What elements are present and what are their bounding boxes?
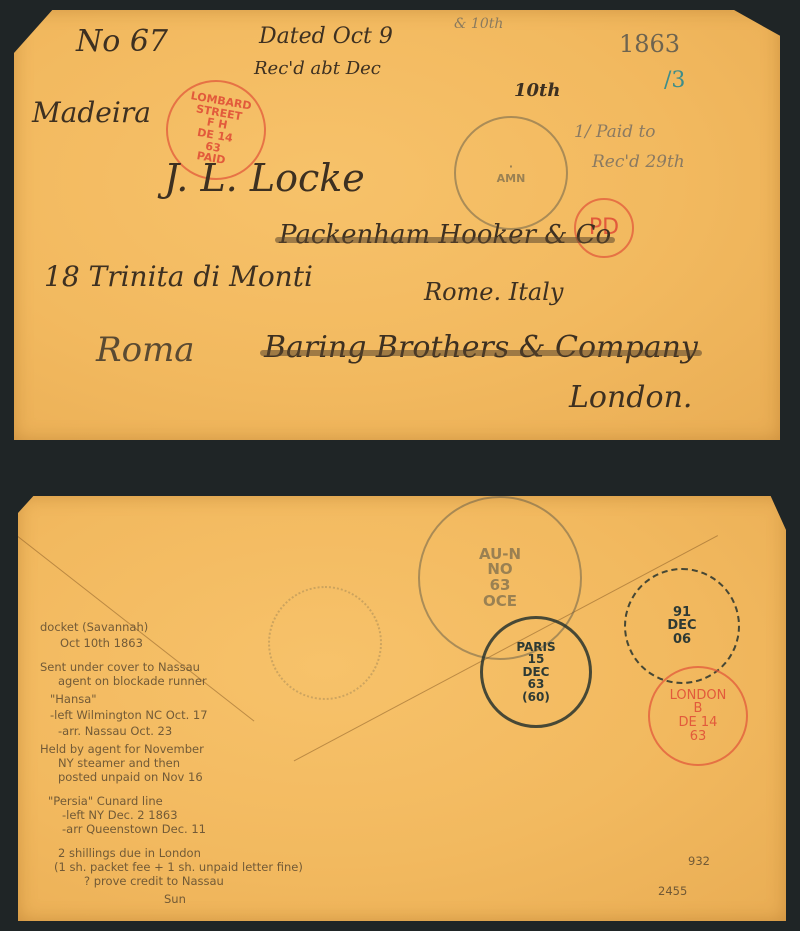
pencil-note-line: Held by agent for November: [40, 744, 204, 756]
street-address: 18 Trinita di Monti: [44, 260, 313, 293]
postmark-text: 15: [528, 653, 545, 666]
london-destination: London.: [569, 380, 692, 415]
pencil-note-line: 2 shillings due in London: [58, 848, 201, 860]
blue-crayon-mark: /3: [664, 68, 685, 93]
received-day: 10th: [514, 80, 560, 101]
crossed-out-firm: Packenham Hooker & Co: [279, 220, 611, 250]
year-pencil: 1863: [619, 30, 680, 58]
inventory-number: 2455: [658, 886, 687, 898]
postmark-text: 63: [528, 678, 545, 691]
pencil-note-line: NY steamer and then: [58, 758, 180, 770]
pencil-note-line: docket (Savannah): [40, 622, 148, 634]
pencil-note-line: -left Wilmington NC Oct. 17: [50, 710, 208, 722]
pencil-note-line: posted unpaid on Nov 16: [58, 772, 203, 784]
postmark-text: DE 14: [679, 716, 718, 730]
pencil-note-2: Rec'd 29th: [592, 152, 685, 172]
postmark-text: LONDON: [670, 689, 727, 703]
smudged-postmark: [268, 586, 382, 700]
pencil-note-line: agent on blockade runner: [58, 676, 207, 688]
postmark-text: 91: [673, 606, 691, 620]
postmark-text: 63: [690, 730, 707, 744]
postmark-text: DEC: [667, 619, 696, 633]
dated-line: Dated Oct 9: [259, 24, 393, 49]
pencil-note-line: Sun: [164, 894, 186, 906]
postmark-text: OCE: [483, 594, 517, 610]
postmark-text: AMN: [497, 173, 526, 185]
crossed-out-bank: Baring Brothers & Company: [264, 330, 698, 365]
envelope-back: AU-N NO 63 OCE PARIS 15 DEC 63 (60) 91 D…: [18, 496, 786, 921]
london-postmark: LONDON B DE 14 63: [648, 666, 748, 766]
pencil-note-line: "Hansa": [50, 694, 97, 706]
envelope-front: No 67 Dated Oct 9 & 10th Rec'd abt Dec 1…: [14, 10, 780, 440]
pencil-note-line: -arr Queenstown Dec. 11: [62, 824, 206, 836]
inventory-number: 932: [688, 856, 710, 868]
pencil-note-line: Oct 10th 1863: [60, 638, 143, 650]
addressee-name: J. L. Locke: [164, 156, 365, 200]
transit-postmark: · AMN: [454, 116, 568, 230]
received-line: Rec'd abt Dec: [254, 58, 381, 79]
postmark-text: 06: [673, 633, 691, 647]
pencil-note-line: "Persia" Cunard line: [48, 796, 163, 808]
pencil-note-line: (1 sh. packet fee + 1 sh. unpaid letter …: [54, 862, 303, 874]
pencil-note-line: -arr. Nassau Oct. 23: [58, 726, 172, 738]
roma-forwarding: Roma: [96, 330, 195, 370]
madeira-note: Madeira: [32, 96, 151, 129]
paris-postmark: PARIS 15 DEC 63 (60): [480, 616, 592, 728]
pencil-note-line: ? prove credit to Nassau: [84, 876, 224, 888]
calais-postmark: 91 DEC 06: [624, 568, 740, 684]
pencil-note-line: -left NY Dec. 2 1863: [62, 810, 178, 822]
city-country: Rome. Italy: [424, 278, 563, 306]
docket-number: No 67: [76, 24, 168, 59]
dated-suffix: & 10th: [454, 16, 503, 32]
pencil-note-1: 1/ Paid to: [574, 122, 656, 142]
postmark-text: B: [694, 702, 703, 716]
postmark-text: (60): [522, 691, 550, 704]
pencil-note-line: Sent under cover to Nassau: [40, 662, 200, 674]
